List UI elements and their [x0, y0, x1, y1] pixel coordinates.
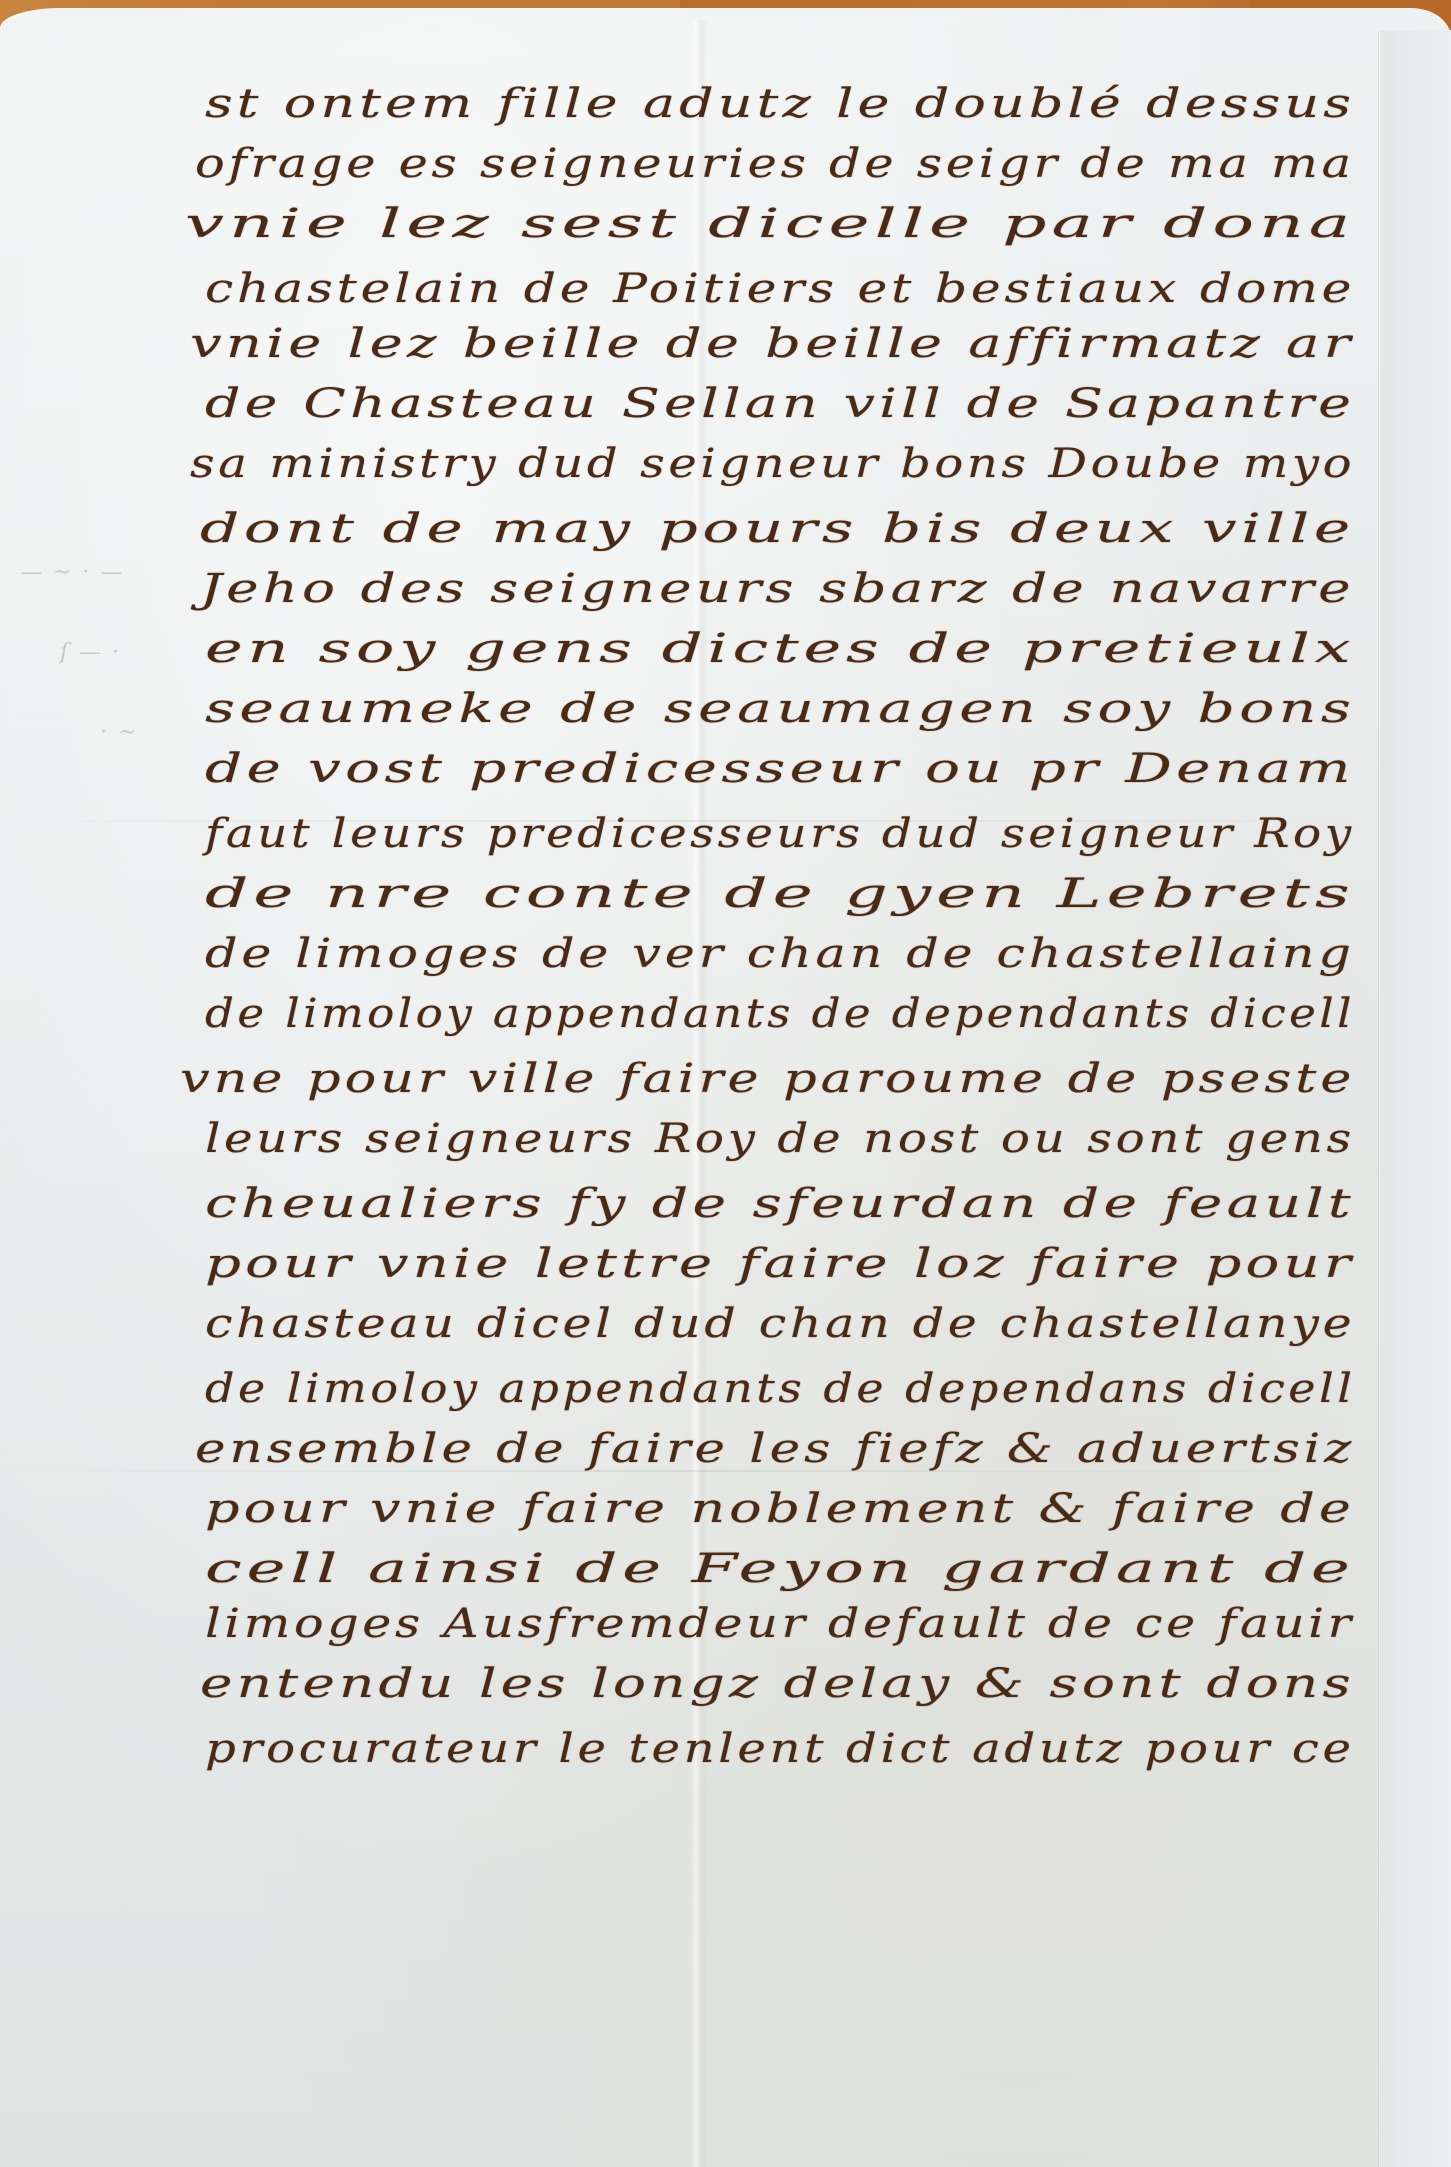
- manuscript-line: de nre conte de gyen Lebrets: [205, 871, 1355, 917]
- manuscript-line: cell ainsi de Feyon gardant de: [205, 1546, 1355, 1592]
- manuscript-line: dont de may pours bis deux ville: [200, 506, 1355, 552]
- bleed-through-mark: ſ — ·: [60, 640, 121, 665]
- adjoining-leaf: [1381, 30, 1451, 2167]
- manuscript-line: de Chasteau Sellan vill de Sapantre: [205, 381, 1355, 427]
- manuscript-line: en soy gens dictes de pretieulx: [205, 626, 1355, 672]
- manuscript-line: de limoloy appendants de dependants dice…: [205, 991, 1355, 1037]
- manuscript-line: vnie lez beille de beille affirmatz ar: [190, 321, 1355, 367]
- edge-fold: [1378, 30, 1381, 2167]
- manuscript-line: cheualiers fy de sfeurdan de feault: [205, 1181, 1355, 1227]
- manuscript-line: st ontem fille adutz le doublé dessus: [205, 81, 1355, 127]
- manuscript-line: vnie lez sest dicelle par dona: [185, 201, 1355, 247]
- manuscript-line: vne pour ville faire paroume de pseste: [180, 1056, 1355, 1102]
- bleed-through-mark: · ~: [100, 720, 138, 745]
- manuscript-line: faut leurs predicesseurs dud seigneur Ro…: [205, 811, 1355, 857]
- manuscript-line: de limoges de ver chan de chastellaing: [205, 931, 1355, 977]
- manuscript-line: chasteau dicel dud chan de chastellanye: [205, 1301, 1355, 1347]
- manuscript-line: sa ministry dud seigneur bons Doube myo: [190, 441, 1355, 487]
- manuscript-line: ensemble de faire les fiefz & aduertsiz: [195, 1426, 1355, 1472]
- bleed-through-mark: — ~ · —: [20, 560, 124, 585]
- manuscript-line: chastelain de Poitiers et bestiaux dome: [205, 266, 1355, 312]
- manuscript-line: pour vnie lettre faire loz faire pour: [205, 1241, 1355, 1287]
- manuscript-line: Jeho des seigneurs sbarz de navarre: [200, 566, 1355, 612]
- manuscript-line: de vost predicesseur ou pr Denam: [205, 746, 1355, 792]
- manuscript-line: de limoloy appendants de dependans dicel…: [205, 1366, 1355, 1412]
- manuscript-line: seaumeke de seaumagen soy bons: [205, 686, 1355, 732]
- manuscript-line: leurs seigneurs Roy de nost ou sont gens: [205, 1116, 1355, 1162]
- manuscript-line: entendu les longz delay & sont dons: [200, 1661, 1355, 1707]
- manuscript-line: ofrage es seigneuries de seigr de ma ma: [195, 141, 1355, 187]
- manuscript-line: pour vnie faire noblement & faire de: [205, 1486, 1355, 1532]
- manuscript-line: procurateur le tenlent dict adutz pour c…: [205, 1726, 1355, 1772]
- manuscript-line: limoges Ausfremdeur default de ce fauir: [205, 1601, 1355, 1647]
